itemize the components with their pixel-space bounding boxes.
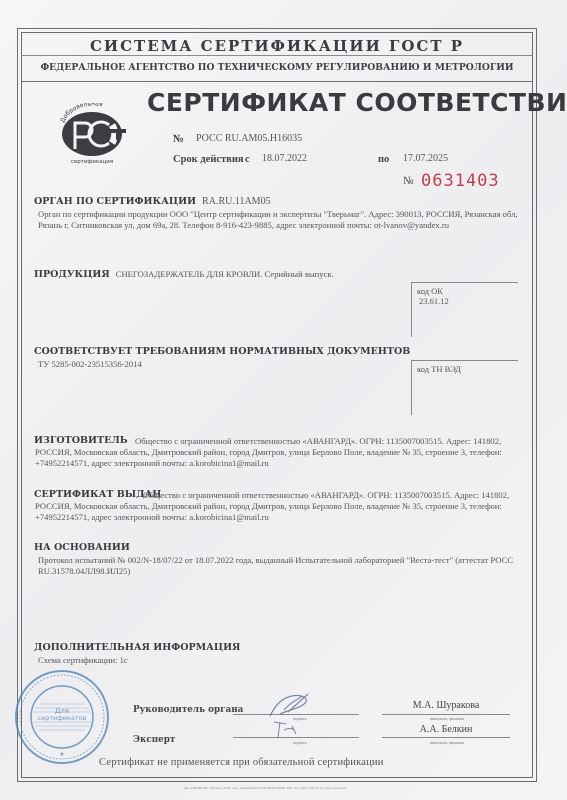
certification-body-label: ОРГАН ПО СЕРТИФИКАЦИИ [34, 196, 196, 207]
manufacturer-details: Общество с ограниченной ответственностью… [35, 436, 519, 469]
code-ok-box: код ОК 23.61.12 [411, 282, 518, 337]
validity-to-label: по [378, 154, 389, 165]
head-of-body-label: Руководитель органа [133, 705, 243, 715]
head-name-caption: инициалы, фамилия [425, 716, 469, 721]
certificate-title: СЕРТИФИКАТ СООТВЕТСТВИЯ [147, 88, 567, 117]
printer-info: АО «ОПЦИОН», Москва, 2018, «А», лицензия… [150, 786, 380, 790]
product-label: ПРОДУКЦИЯ [34, 269, 110, 280]
expert-name-caption: инициалы, фамилия [425, 740, 469, 745]
rst-logo-icon: Добровольная сертификация [54, 103, 134, 165]
svg-text:★: ★ [59, 751, 64, 758]
validity-from-label: с [245, 154, 250, 165]
expert-name-line [382, 737, 510, 738]
conformity-heading: СООТВЕТСТВУЕТ ТРЕБОВАНИЯМ НОРМАТИВНЫХ ДО… [34, 346, 410, 357]
expert-name: А.А. Белкин [387, 724, 505, 735]
header-divider-bottom [21, 81, 533, 82]
head-name-line [382, 714, 510, 715]
product-description: СНЕГОЗАДЕРЖАТЕЛЬ ДЛЯ КРОВЛИ. Серийный вы… [116, 269, 334, 279]
head-of-body-name: М.А. Шуракова [387, 700, 505, 711]
header-divider [21, 55, 533, 56]
basis-details: Протокол испытаний № 002/N-18/07/22 от 1… [38, 555, 518, 577]
agency-name: ФЕДЕРАЛЬНОЕ АГЕНТСТВО ПО ТЕХНИЧЕСКОМУ РЕ… [21, 62, 533, 73]
logo-bottom-text: сертификация [71, 159, 113, 165]
code-ok-value: 23.61.12 [419, 296, 518, 306]
code-tn-ved-box: код ТН ВЭД [411, 360, 518, 415]
stamp-text-bottom: сертификатов [38, 714, 87, 722]
certification-body-heading: ОРГАН ПО СЕРТИФИКАЦИИRA.RU.11АМ05 [34, 196, 271, 207]
system-title: СИСТЕМА СЕРТИФИКАЦИИ ГОСТ Р [21, 37, 533, 55]
product-heading: ПРОДУКЦИЯСНЕГОЗАДЕРЖАТЕЛЬ ДЛЯ КРОВЛИ. Се… [34, 269, 334, 280]
certification-body-details: Орган по сертификации продукции ООО "Цен… [38, 209, 518, 231]
certificate-number-label: № [173, 133, 184, 145]
valid-from-date: 18.07.2022 [262, 153, 307, 164]
footer-note: Сертификат не применяется при обязательн… [99, 757, 384, 768]
round-seal-stamp-icon: Для сертификатов ★ [13, 668, 111, 766]
issued-to-details: Общество с ограниченной ответственностью… [35, 490, 519, 523]
certificate-number: РОСС RU.АМ05.Н16035 [196, 133, 302, 144]
serial-number: 0631403 [421, 171, 500, 191]
validity-label: Срок действия [173, 154, 244, 165]
certification-body-code: RA.RU.11АМ05 [202, 196, 271, 207]
code-tn-ved-label: код ТН ВЭД [417, 364, 518, 374]
valid-to-date: 17.07.2025 [403, 153, 448, 164]
certification-scheme: Схема сертификации: 1с [38, 655, 518, 666]
additional-info-heading: ДОПОЛНИТЕЛЬНАЯ ИНФОРМАЦИЯ [34, 642, 240, 653]
expert-signature-icon [268, 718, 308, 745]
code-ok-label: код ОК [417, 286, 518, 296]
serial-number-label: № [403, 175, 414, 187]
expert-label: Эксперт [133, 735, 175, 745]
basis-heading: НА ОСНОВАНИИ [34, 542, 130, 553]
